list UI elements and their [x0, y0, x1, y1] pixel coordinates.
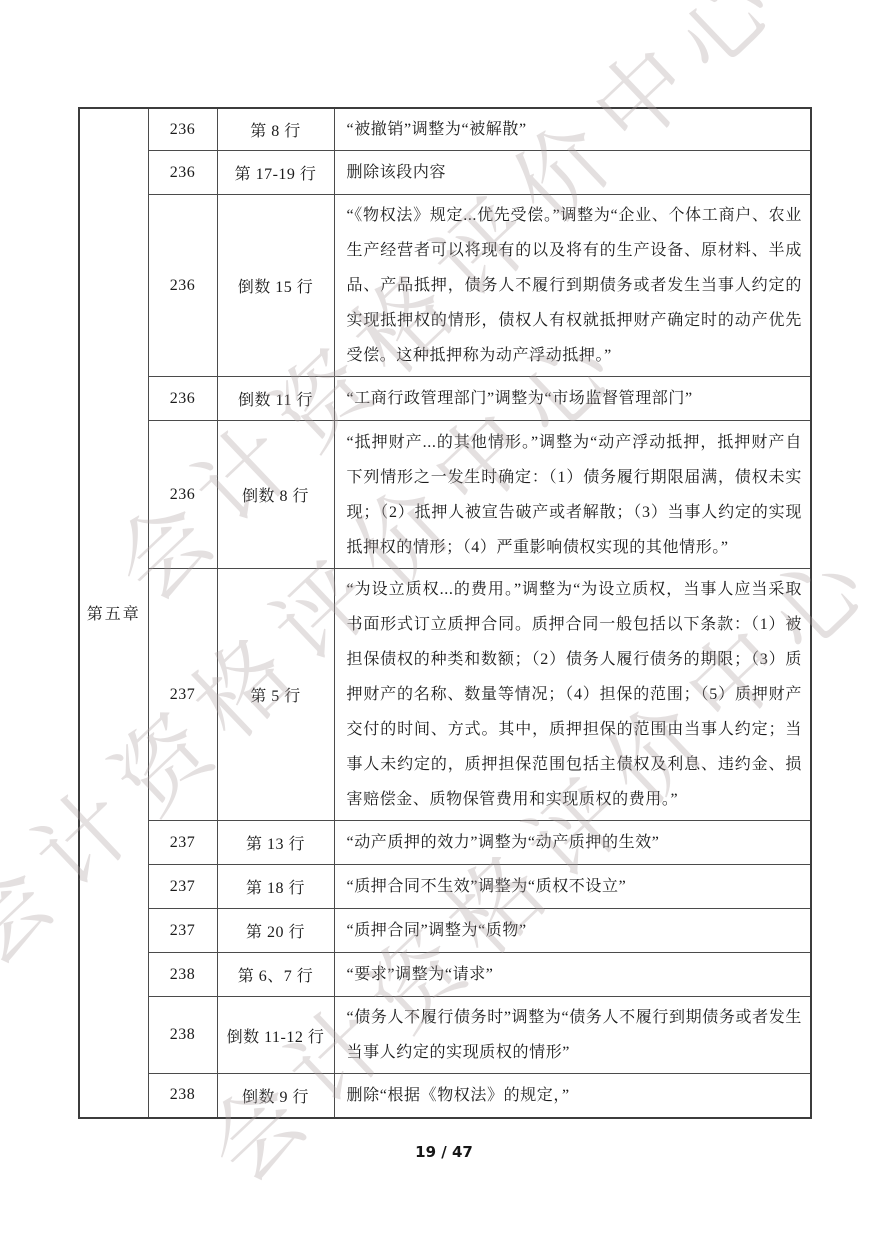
- table-row: 237 第 13 行 “动产质押的效力”调整为“动产质押的生效”: [79, 821, 811, 865]
- table-row: 237 第 5 行 “为设立质权...的费用。”调整为“为设立质权，当事人应当采…: [79, 569, 811, 821]
- page-number-cell: 236: [148, 108, 217, 151]
- line-ref-cell: 第 13 行: [217, 821, 334, 865]
- page-number-cell: 238: [148, 1074, 217, 1118]
- table-row: 238 倒数 9 行 删除“根据《物权法》的规定，”: [79, 1074, 811, 1118]
- page-number-cell: 237: [148, 909, 217, 953]
- table-row: 236 倒数 8 行 “抵押财产...的其他情形。”调整为“动产浮动抵押，抵押财…: [79, 421, 811, 569]
- table-row: 237 第 20 行 “质押合同”调整为“质物”: [79, 909, 811, 953]
- line-ref-cell: 第 5 行: [217, 569, 334, 821]
- page-number-cell: 237: [148, 865, 217, 909]
- line-ref-cell: 倒数 15 行: [217, 195, 334, 377]
- content-cell: “为设立质权...的费用。”调整为“为设立质权，当事人应当采取书面形式订立质押合…: [334, 569, 811, 821]
- content-cell: “质押合同”调整为“质物”: [334, 909, 811, 953]
- table-row: 236 第 17-19 行 删除该段内容: [79, 151, 811, 195]
- revision-table: 第五章 236 第 8 行 “被撤销”调整为“被解散” 236 第 17-19 …: [78, 107, 812, 1119]
- line-ref-cell: 第 8 行: [217, 108, 334, 151]
- table-row: 238 倒数 11-12 行 “债务人不履行债务时”调整为“债务人不履行到期债务…: [79, 997, 811, 1074]
- content-cell: “质押合同不生效”调整为“质权不设立”: [334, 865, 811, 909]
- page-number-cell: 236: [148, 421, 217, 569]
- page-number-cell: 237: [148, 569, 217, 821]
- line-ref-cell: 倒数 11-12 行: [217, 997, 334, 1074]
- content-cell: “抵押财产...的其他情形。”调整为“动产浮动抵押，抵押财产自下列情形之一发生时…: [334, 421, 811, 569]
- line-ref-cell: 第 18 行: [217, 865, 334, 909]
- page-number-cell: 236: [148, 195, 217, 377]
- table-row: 237 第 18 行 “质押合同不生效”调整为“质权不设立”: [79, 865, 811, 909]
- line-ref-cell: 第 20 行: [217, 909, 334, 953]
- table-row: 236 倒数 11 行 “工商行政管理部门”调整为“市场监督管理部门”: [79, 377, 811, 421]
- content-cell: “《物权法》规定...优先受偿。”调整为“企业、个体工商户、农业生产经营者可以将…: [334, 195, 811, 377]
- line-ref-cell: 倒数 11 行: [217, 377, 334, 421]
- line-ref-cell: 第 17-19 行: [217, 151, 334, 195]
- content-cell: 删除该段内容: [334, 151, 811, 195]
- page-number-cell: 236: [148, 151, 217, 195]
- table-row: 238 第 6、7 行 “要求”调整为“请求”: [79, 953, 811, 997]
- line-ref-cell: 第 6、7 行: [217, 953, 334, 997]
- page-number-footer: 19 / 47: [0, 1143, 888, 1161]
- content-cell: “动产质押的效力”调整为“动产质押的生效”: [334, 821, 811, 865]
- content-cell: 删除“根据《物权法》的规定，”: [334, 1074, 811, 1118]
- page-number-cell: 238: [148, 997, 217, 1074]
- table-row: 第五章 236 第 8 行 “被撤销”调整为“被解散”: [79, 108, 811, 151]
- content-cell: “被撤销”调整为“被解散”: [334, 108, 811, 151]
- table-row: 236 倒数 15 行 “《物权法》规定...优先受偿。”调整为“企业、个体工商…: [79, 195, 811, 377]
- content-cell: “工商行政管理部门”调整为“市场监督管理部门”: [334, 377, 811, 421]
- page-number-cell: 236: [148, 377, 217, 421]
- content-cell: “债务人不履行债务时”调整为“债务人不履行到期债务或者发生当事人约定的实现质权的…: [334, 997, 811, 1074]
- line-ref-cell: 倒数 9 行: [217, 1074, 334, 1118]
- chapter-cell: 第五章: [79, 108, 148, 1118]
- page-number-cell: 237: [148, 821, 217, 865]
- content-cell: “要求”调整为“请求”: [334, 953, 811, 997]
- line-ref-cell: 倒数 8 行: [217, 421, 334, 569]
- document-page: 会计资格评价中心 会计资格评价中心 会计资格评价中心 第五章 236 第 8 行…: [0, 0, 888, 1256]
- page-number-cell: 238: [148, 953, 217, 997]
